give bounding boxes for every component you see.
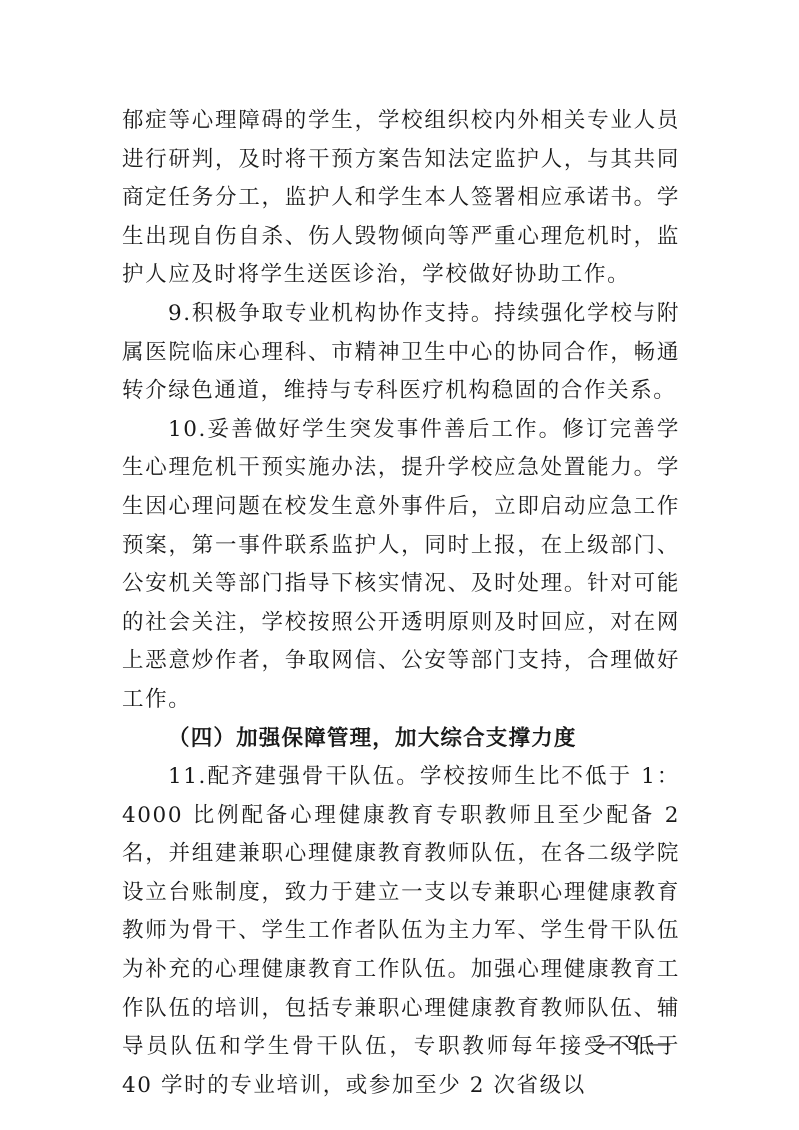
paragraph-continuation: 郁症等心理障碍的学生，学校组织校内外相关专业人员进行研判，及时将干预方案告知法定… <box>122 102 680 295</box>
paragraph-item-10: 10.妥善做好学生突发事件善后工作。修订完善学生心理危机干预实施办法，提升学校应… <box>122 411 680 720</box>
section-heading: （四）加强保障管理，加大综合支撑力度 <box>122 720 680 759</box>
document-page: 郁症等心理障碍的学生，学校组织校内外相关专业人员进行研判，及时将干预方案告知法定… <box>122 102 680 1105</box>
page-number: — 9 — <box>596 1030 672 1056</box>
paragraph-item-9: 9.积极争取专业机构协作支持。持续强化学校与附属医院临床心理科、市精神卫生中心的… <box>122 295 680 411</box>
